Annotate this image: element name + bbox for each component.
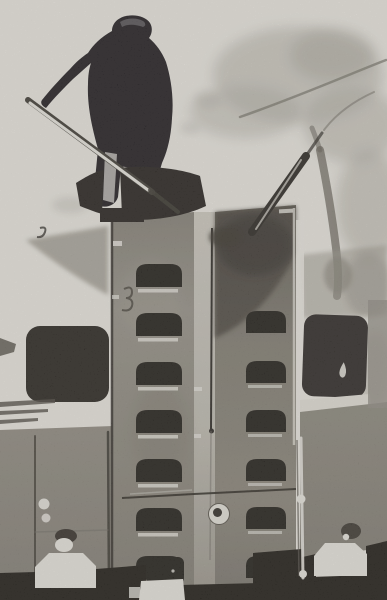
photograph: Grainy black-and-white photograph: a wor… bbox=[0, 0, 387, 600]
photo-canvas bbox=[0, 0, 387, 600]
sepia-tint bbox=[0, 0, 387, 600]
